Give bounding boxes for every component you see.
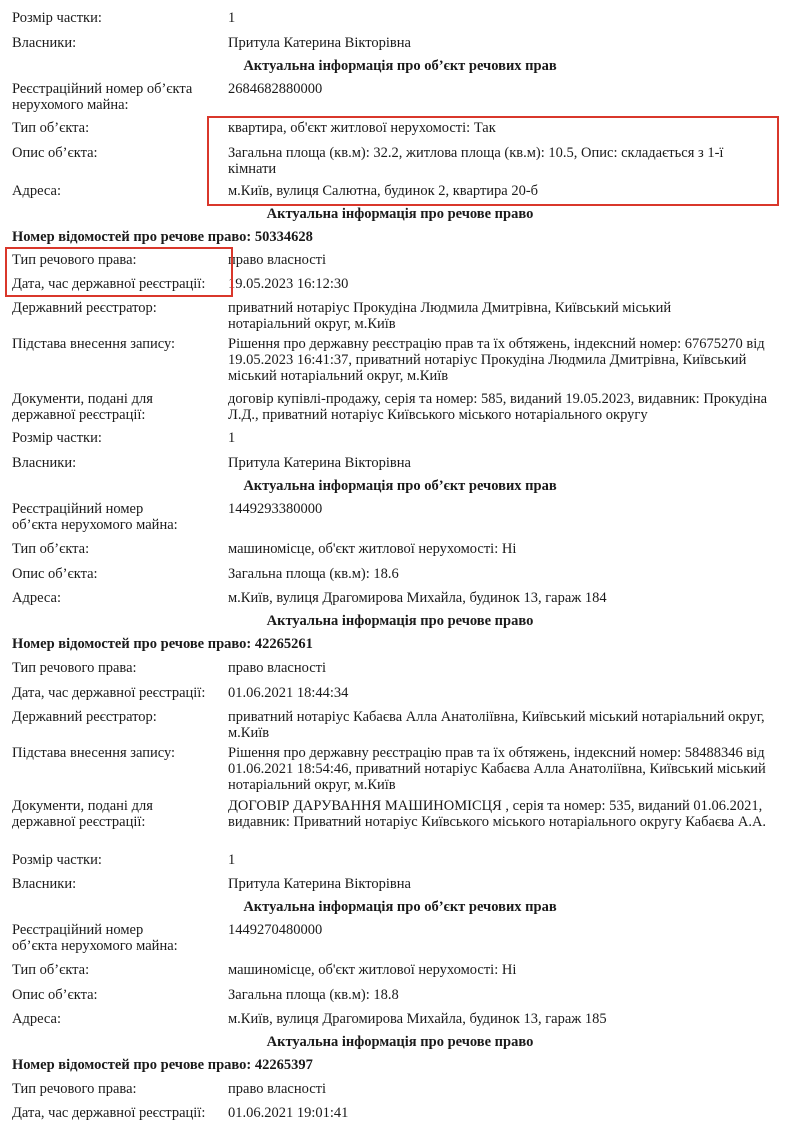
share-size-row: Розмір частки: 1 <box>12 852 788 868</box>
label: Розмір частки: <box>12 852 228 868</box>
label: Реєстраційний номер об’єкта нерухомого м… <box>12 81 228 113</box>
section-header-right: Актуальна інформація про речове право <box>0 206 800 222</box>
documents-row: Документи, подані для державної реєстрац… <box>12 798 788 830</box>
value: Рішення про державну реєстрацію прав та … <box>228 745 788 793</box>
value: договір купівлі-продажу, серія та номер:… <box>228 391 788 423</box>
section-header-object: Актуальна інформація про об’єкт речових … <box>0 899 800 915</box>
registrar-row: Державний реєстратор: приватний нотаріус… <box>12 300 788 332</box>
value: 01.06.2021 19:01:41 <box>228 1105 788 1121</box>
value: Притула Катерина Вікторівна <box>228 876 788 892</box>
value: м.Київ, вулиця Драгомирова Михайла, буди… <box>228 1011 788 1027</box>
right-number: Номер відомостей про речове право: 42265… <box>12 1057 313 1073</box>
value: машиномісце, об'єкт житлової нерухомості… <box>228 541 788 557</box>
value: право власності <box>228 252 788 268</box>
value: приватний нотаріус Кабаєва Алла Анатолії… <box>228 709 788 741</box>
basis-row: Підстава внесення запису: Рішення про де… <box>12 745 788 793</box>
label: Тип об’єкта: <box>12 541 228 557</box>
value: Рішення про державну реєстрацію прав та … <box>228 336 788 384</box>
section-header-object: Актуальна інформація про об’єкт речових … <box>0 478 800 494</box>
registrar-row: Державний реєстратор: приватний нотаріус… <box>12 709 788 741</box>
value: 1449293380000 <box>228 501 788 533</box>
right-type-row: Тип речового права: право власності <box>12 660 788 676</box>
address-row: Адреса: м.Київ, вулиця Драгомирова Михай… <box>12 590 788 606</box>
object-desc-row: Опис об’єкта: Загальна площа (кв.м): 18.… <box>12 987 788 1003</box>
owners-row: Власники: Притула Катерина Вікторівна <box>12 455 788 471</box>
value: 1 <box>228 852 788 868</box>
highlight-box-right <box>5 247 233 297</box>
reg-number-row: Реєстраційний номер об’єкта нерухомого м… <box>12 81 788 113</box>
label: Дата, час державної реєстрації: <box>12 1105 228 1121</box>
share-size-row: Розмір частки: 1 <box>12 430 788 446</box>
label: Адреса: <box>12 590 228 606</box>
highlight-box-object <box>207 116 779 206</box>
label: Документи, подані для державної реєстрац… <box>12 391 228 423</box>
label: Підстава внесення запису: <box>12 745 228 793</box>
label: Підстава внесення запису: <box>12 336 228 384</box>
value: 1 <box>228 430 788 446</box>
label: Документи, подані для державної реєстрац… <box>12 798 228 830</box>
reg-number-row: Реєстраційний номер об’єкта нерухомого м… <box>12 922 788 954</box>
value: право власності <box>228 660 788 676</box>
value: машиномісце, об'єкт житлової нерухомості… <box>228 962 788 978</box>
label: Тип речового права: <box>12 1081 228 1097</box>
label: Дата, час державної реєстрації: <box>12 685 228 701</box>
label: Державний реєстратор: <box>12 709 228 741</box>
reg-datetime-row: Дата, час державної реєстрації: 01.06.20… <box>12 1105 788 1121</box>
label: Тип об’єкта: <box>12 120 228 136</box>
section-header-right: Актуальна інформація про речове право <box>0 1034 800 1050</box>
section-header-object: Актуальна інформація про об’єкт речових … <box>0 58 800 74</box>
value: ДОГОВІР ДАРУВАННЯ МАШИНОМІСЦЯ , серія та… <box>228 798 788 830</box>
right-number: Номер відомостей про речове право: 42265… <box>12 636 313 652</box>
label: Власники: <box>12 455 228 471</box>
basis-row: Підстава внесення запису: Рішення про де… <box>12 336 788 384</box>
label: Реєстраційний номер об’єкта нерухомого м… <box>12 501 228 533</box>
label: Державний реєстратор: <box>12 300 228 332</box>
label: Розмір частки: <box>12 430 228 446</box>
value: 01.06.2021 18:44:34 <box>228 685 788 701</box>
value: 1 <box>228 10 788 26</box>
label: Тип об’єкта: <box>12 962 228 978</box>
label: Опис об’єкта: <box>12 145 228 177</box>
label: Адреса: <box>12 1011 228 1027</box>
label: Опис об’єкта: <box>12 987 228 1003</box>
value: Притула Катерина Вікторівна <box>228 455 788 471</box>
value: 19.05.2023 16:12:30 <box>228 276 788 292</box>
value: Притула Катерина Вікторівна <box>228 35 788 51</box>
label: Власники: <box>12 876 228 892</box>
label: Реєстраційний номер об’єкта нерухомого м… <box>12 922 228 954</box>
share-size-row: Розмір частки: 1 <box>12 10 788 26</box>
address-row: Адреса: м.Київ, вулиця Драгомирова Михай… <box>12 1011 788 1027</box>
value: Загальна площа (кв.м): 18.6 <box>228 566 788 582</box>
label: Опис об’єкта: <box>12 566 228 582</box>
object-desc-row: Опис об’єкта: Загальна площа (кв.м): 18.… <box>12 566 788 582</box>
reg-datetime-row: Дата, час державної реєстрації: 01.06.20… <box>12 685 788 701</box>
right-type-row: Тип речового права: право власності <box>12 1081 788 1097</box>
section-header-right: Актуальна інформація про речове право <box>0 613 800 629</box>
value: Загальна площа (кв.м): 18.8 <box>228 987 788 1003</box>
label: Тип речового права: <box>12 660 228 676</box>
object-type-row: Тип об’єкта: машиномісце, об'єкт житлово… <box>12 962 788 978</box>
owners-row: Власники: Притула Катерина Вікторівна <box>12 35 788 51</box>
value: приватний нотаріус Прокудіна Людмила Дми… <box>228 300 788 332</box>
value: м.Київ, вулиця Драгомирова Михайла, буди… <box>228 590 788 606</box>
label: Розмір частки: <box>12 10 228 26</box>
value: 2684682880000 <box>228 81 788 113</box>
reg-number-row: Реєстраційний номер об’єкта нерухомого м… <box>12 501 788 533</box>
right-number: Номер відомостей про речове право: 50334… <box>12 229 313 245</box>
label: Власники: <box>12 35 228 51</box>
value: 1449270480000 <box>228 922 788 954</box>
label: Адреса: <box>12 183 228 199</box>
owners-row: Власники: Притула Катерина Вікторівна <box>12 876 788 892</box>
documents-row: Документи, подані для державної реєстрац… <box>12 391 788 423</box>
object-type-row: Тип об’єкта: машиномісце, об'єкт житлово… <box>12 541 788 557</box>
value: право власності <box>228 1081 788 1097</box>
